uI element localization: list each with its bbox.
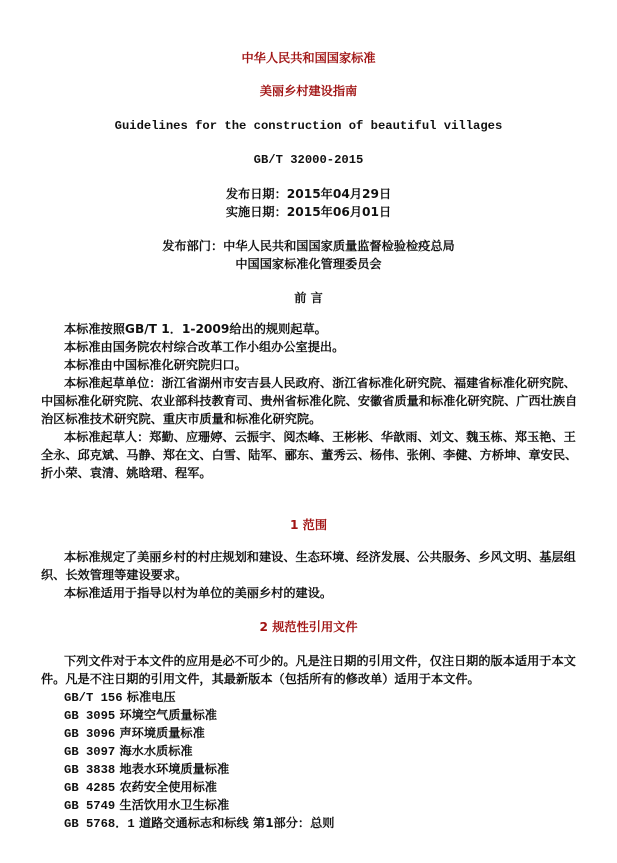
reference-code: GB 3095 (64, 709, 115, 723)
section-2-intro-line: 下列文件对于本文件的应用是必不可少的。凡是注日期的引用文件，仅注日期的版本适用于… (64, 654, 576, 668)
reference-title: 道路交通标志和标线 第1部分：总则 (139, 816, 335, 830)
reference-title: 生活饮用水卫生标准 (119, 798, 229, 812)
publisher-line-1: 发布部门：中华人民共和国国家质量监督检验检疫总局 (0, 239, 617, 253)
section-2-intro-line: 件。凡是不注日期的引用文件，其最新版本（包括所有的修改单）适用于本文件。 (41, 672, 480, 686)
reference-title: 海水水质标准 (119, 744, 192, 758)
reference-item: GB 4285 农药安全使用标准 (64, 780, 217, 795)
reference-title: 声环境质量标准 (119, 726, 204, 740)
reference-title: 环境空气质量标准 (119, 708, 217, 722)
publish-date: 发布日期：2015年04月29日 (0, 187, 617, 201)
reference-code: GB 3096 (64, 727, 115, 741)
section-1-line: 织、长效管理等建设要求。 (41, 568, 187, 582)
reference-title: 标准电压 (127, 690, 176, 704)
reference-item: GB 5749 生活饮用水卫生标准 (64, 798, 229, 813)
foreword-line: 治区标准技术研究院、重庆市质量和标准化研究院。 (41, 412, 321, 426)
reference-title: 农药安全使用标准 (119, 780, 217, 794)
publisher-line-2: 中国国家标准化管理委员会 (0, 257, 617, 271)
reference-item: GB 5768．1 道路交通标志和标线 第1部分：总则 (64, 816, 335, 831)
foreword-line: 本标准由中国标准化研究院归口。 (64, 358, 247, 372)
reference-item: GB 3095 环境空气质量标准 (64, 708, 217, 723)
reference-item: GB 3096 声环境质量标准 (64, 726, 205, 741)
reference-code: GB 5768．1 (64, 817, 135, 831)
foreword-line: 本标准由国务院农村综合改革工作小组办公室提出。 (64, 340, 344, 354)
reference-title: 地表水环境质量标准 (119, 762, 229, 776)
foreword-line: 本标准按照GB/T 1．1-2009给出的规则起草。 (64, 322, 327, 336)
reference-code: GB 4285 (64, 781, 115, 795)
reference-code: GB 3097 (64, 745, 115, 759)
document-title-en: Guidelines for the construction of beaut… (0, 119, 617, 133)
section-1-heading: 1 范围 (0, 518, 617, 532)
standard-code: GB/T 32000-2015 (0, 153, 617, 167)
reference-item: GB/T 156 标准电压 (64, 690, 176, 705)
foreword-line: 中国标准化研究院、农业部科技教育司、贵州省标准化院、安徽省质量和标准化研究院、广… (41, 394, 577, 408)
foreword-heading: 前 言 (0, 291, 617, 305)
section-2-heading: 2 规范性引用文件 (0, 620, 617, 634)
reference-code: GB 5749 (64, 799, 115, 813)
document-title-cn: 美丽乡村建设指南 (0, 84, 617, 98)
reference-code: GB 3838 (64, 763, 115, 777)
foreword-line: 本标准起草人：郑勤、应珊婷、云振宇、阅杰峰、王彬彬、华歆雨、刘文、魏玉栋、郑玉艳… (64, 430, 576, 444)
implement-date: 实施日期：2015年06月01日 (0, 205, 617, 219)
foreword-line: 本标准起草单位：浙江省湖州市安吉县人民政府、浙江省标准化研究院、福建省标准化研究… (64, 376, 576, 390)
reference-item: GB 3097 海水水质标准 (64, 744, 193, 759)
reference-code: GB/T 156 (64, 691, 123, 705)
section-1-line: 本标准适用于指导以村为单位的美丽乡村的建设。 (64, 586, 332, 600)
reference-item: GB 3838 地表水环境质量标准 (64, 762, 229, 777)
section-1-line: 本标准规定了美丽乡村的村庄规划和建设、生态环境、经济发展、公共服务、乡风文明、基… (64, 550, 576, 564)
national-standard-label: 中华人民共和国国家标准 (0, 51, 617, 65)
foreword-line: 全永、邱克斌、马静、郑在文、白雪、陆军、郦东、董秀云、杨伟、张俐、李健、方桥坤、… (41, 448, 577, 462)
foreword-line: 折小荣、袁清、姚晗珺、程军。 (41, 466, 212, 480)
